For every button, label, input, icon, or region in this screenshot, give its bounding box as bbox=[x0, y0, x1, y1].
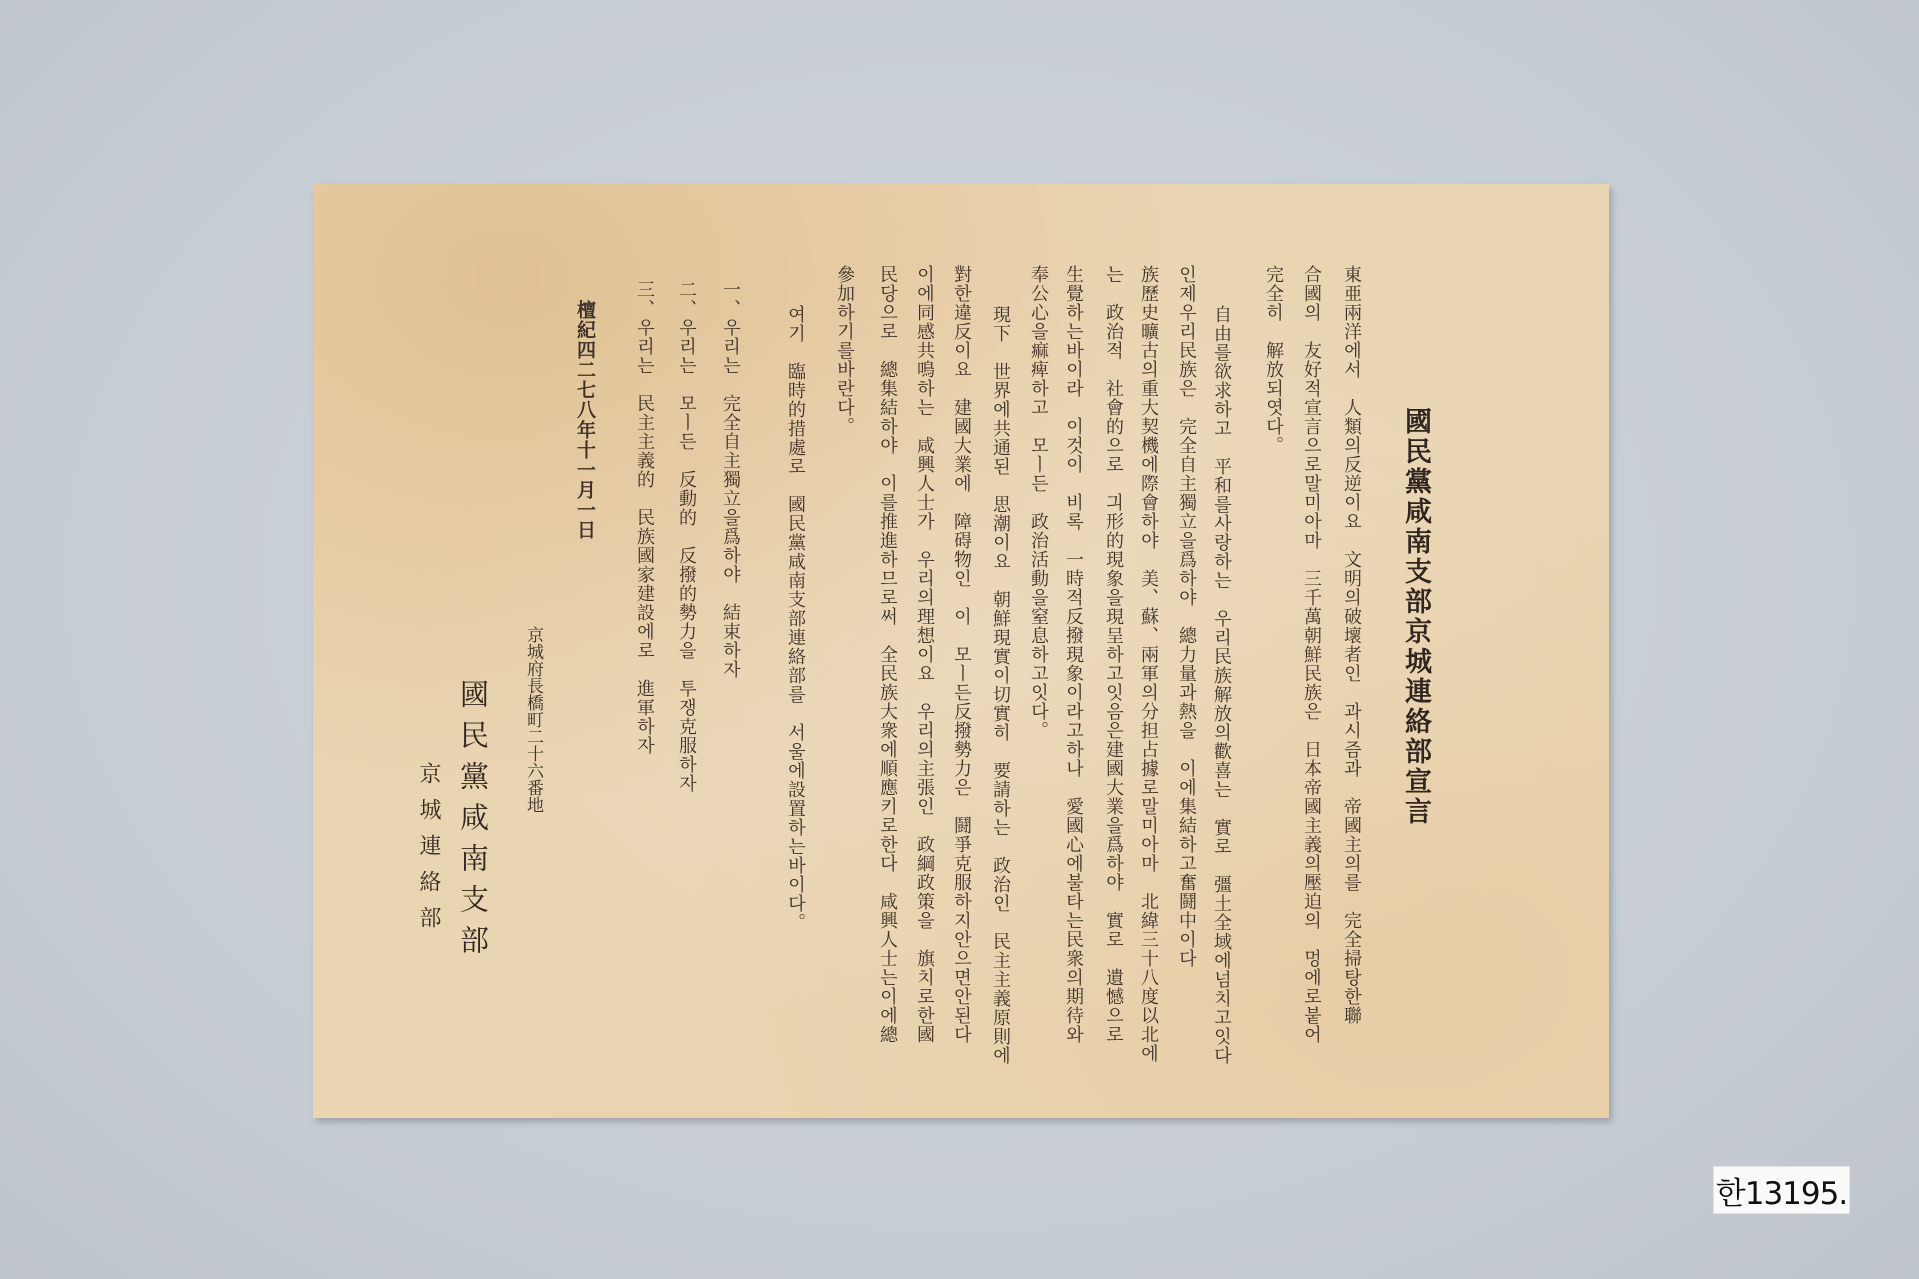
body-line: 奉公心을痲痺하고 모ㅣ든 政治活動을窒息하고잇다。 bbox=[1029, 265, 1047, 740]
issuer-sub-unit: 京城連絡部 bbox=[417, 762, 439, 942]
body-line: 東亜兩洋에서 人類의反逆이요 文明의破壞者인 과시즘과 帝國主의를 完全掃탕한聯 bbox=[1342, 265, 1360, 1025]
resolution-item: 三、우리는 民主主義的 民族國家建設에로 進軍하자 bbox=[635, 280, 653, 755]
leaflet-paper: 國民黨咸南支部京城連絡部宣言 東亜兩洋에서 人類의反逆이요 文明의破壞者인 과시… bbox=[313, 184, 1609, 1118]
announcement-line: 여기 臨時的措處로 國民黨咸南支部連絡部를 서울에設置하는바이다。 bbox=[786, 305, 804, 932]
body-line: 參加하기를바란다。 bbox=[835, 265, 853, 436]
body-line: 合國의 友好적宣言으로말미아마 三千萬朝鮮民族은 日本帝國主義의壓迫의 멍에로붙… bbox=[1302, 265, 1320, 1044]
issuer-organization: 國民黨咸南支部 bbox=[458, 679, 487, 966]
document-date: 檀紀四二七八年十一月一日 bbox=[575, 300, 594, 540]
body-line: 完全히 解放되엿다。 bbox=[1264, 265, 1282, 455]
body-line: 이에同感共鳴하는 咸興人士가 우리의理想이요 우리의主張인 政綱政策을 旗치로한… bbox=[915, 265, 933, 1044]
resolution-item: 一、우리는 完全自主獨立을爲하야 結束하자 bbox=[721, 280, 739, 679]
catalog-number-label: 한13195. bbox=[1713, 1166, 1850, 1214]
body-line: 對한違反이요 建國大業에 障碍物인 이 모ㅣ든反撥勢力은 鬪爭克服하지안으면안된… bbox=[952, 265, 970, 1044]
body-line: 民당으로 總集結하야 이를推進하므로써 全民族大衆에順應키로한다 咸興人士는이에… bbox=[878, 265, 896, 1044]
body-line: 는 政治적 社會的으로 긔形的現象을現呈하고잇음은建國大業을爲하야 實로 遺憾으… bbox=[1104, 265, 1122, 1044]
body-line: 生覺하는바이라 이것이 비록 一時적反撥現象이라고하나 愛國心에불타는民衆의期待… bbox=[1064, 265, 1082, 1044]
resolution-item: 二、우리는 모ㅣ든 反動的 反撥的勢力을 투쟁克服하자 bbox=[677, 280, 695, 793]
body-line: 인제우리民族은 完全自主獨立을爲하야 總力量과熱을 이에集結하고奮鬪中이다 bbox=[1177, 265, 1195, 968]
body-line: 現下 世界에共通된 思潮이요 朝鮮現實이切實히 要請하는 政治인 民主主義原則에 bbox=[991, 305, 1009, 1065]
body-line: 族歷史曠古의重大契機에際會하야 美、蘇、兩軍의分担占據로말미아마 北緯三十八度以… bbox=[1139, 265, 1157, 1063]
body-line: 自由를欲求하고 平和를사랑하는 우리民族解放의歡喜는 實로 彊土全域에넘치고잇다 bbox=[1212, 305, 1230, 1065]
issuer-address: 京城府長橋町二十六番地 bbox=[524, 626, 541, 813]
document-title: 國民黨咸南支部京城連絡部宣言 bbox=[1402, 407, 1429, 827]
